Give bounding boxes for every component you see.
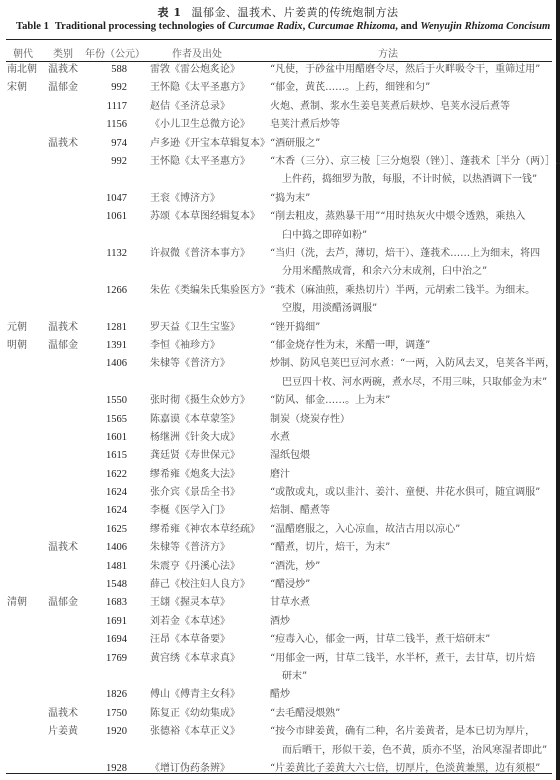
cell-source: 《增订伪药条辨》 [150,760,270,778]
table-body: 南北朝温莪术588雷敩《雷公炮炙论》“凡使，于砂盆中用醋磨令尽，然后于火畔吸令干… [0,61,556,778]
cell-source: 黄宫绣《本草求真》 [150,650,270,668]
cell-category: 温郁金 [48,79,88,97]
cell-year: 1117 [100,98,127,116]
table-row: 1625缪希雍《神农本草经疏》“温醋磨服之，入心凉血，故洁古用以凉心” [0,521,556,539]
cell-dynasty: 宋朝 [7,79,43,97]
table-row: 1615龚廷贤《寿世保元》湿纸包煨 [0,447,556,465]
method-line: “酒研服之” [270,135,553,153]
method-line: “温醋磨服之，入心凉血，故洁古用以凉心” [270,521,553,539]
method-line: 制炭（烧炭存性） [270,411,553,429]
cell-method: 湿纸包煨 [270,447,553,465]
method-line: 巴豆四十枚、河水两碗，煮水尽，不用三味，只取郁金为末” [270,374,553,392]
cell-method: “削去粗皮，蒸熟暴干用”“用时热灰火中煨令透熟，乘热入臼中捣之即碎如粉” [270,208,553,245]
cell-year: 1132 [100,245,127,263]
cell-method: “木香（三分）、京三棱［三分炮裂（锉）］、蓬莪术［半分（两）］……上件药，捣细罗… [270,153,553,190]
cell-source: 汪昂《本草备要》 [150,631,270,649]
cell-year: 1920 [100,723,127,741]
title-en-sep-2: , and [395,21,420,32]
cell-source: 傅山《傅青主女科》 [150,686,270,704]
cell-source: 刘若金《本草述》 [150,613,270,631]
title-en-italic-3: Wenyujin Rhizoma Concisum [420,21,550,32]
cell-year: 1550 [100,392,127,410]
method-line: “酒洗，炒” [270,558,553,576]
cell-year: 1548 [100,576,127,594]
cell-year: 1928 [100,760,127,778]
table-row: 1548薛己《校注妇人良方》“醋浸炒” [0,576,556,594]
cell-source: 朱佐《类编朱氏集验医方》 [150,282,270,300]
cell-method: “按今市肆姜黄，确有二种，名片姜黄者，是本已切为厚片，而后晒干，形似干姜，色不黄… [270,723,553,760]
title-en-text: Traditional processing technologies of [55,21,228,32]
title-en-italic-2: Curcumae Rhizoma [308,21,395,32]
cell-source: 李恒《袖珍方》 [150,337,270,355]
cell-method: “用郁金一两，甘草二钱半，水半杯，煮干，去甘草，切片焙研末” [270,650,553,687]
cell-method: “莪术（麻油煎，乘热切片）半两，元胡索二钱半。为细末。空腹，用淡醋汤调服” [270,282,553,319]
cell-year: 992 [100,79,127,97]
method-line: “木香（三分）、京三棱［三分炮裂（锉）］、蓬莪术［半分（两）］…… [270,153,553,171]
cell-source: 罗天益《卫生宝鉴》 [150,319,270,337]
method-line: “凡使，于砂盆中用醋磨令尽，然后于火畔吸令干，重筛过用” [270,61,553,79]
cell-source: 朱棣等《普济方》 [150,539,270,557]
cell-source: 朱棣等《普济方》 [150,355,270,373]
cell-year: 1406 [100,539,127,557]
table-row: 1061苏颂《本草图经辑复本》“削去粗皮，蒸熟暴干用”“用时热灰火中煨令透熟，乘… [0,208,556,245]
table-row: 1117赵佶《圣济总录》火炮、煮制、浆水生姜皂荚煮后麸炒、皂荚水浸后煮等 [0,98,556,116]
cell-source: 王衮《博济方》 [150,190,270,208]
method-line: 研末” [270,668,553,686]
cell-method: “郁金烧存性为末，米醋一呷，调蓬” [270,337,553,355]
page-edge-bar [556,0,560,780]
cell-year: 1156 [100,116,127,134]
cell-year: 974 [100,135,127,153]
table-row: 宋朝温郁金992王怀隐《太平圣惠方》“郁金，黄芪……。上药，细锉和匀” [0,79,556,97]
table-row: 温莪术1750陈复正《幼幼集成》“去毛醋浸煨熟” [0,705,556,723]
cell-year: 1406 [100,355,127,373]
table-title-cn-text: 温郁金、温莪术、片姜黄的传统炮制方法 [191,6,398,19]
method-line: “按今市肆姜黄，确有二种，名片姜黄者，是本已切为厚片， [270,723,553,741]
method-line: 空腹，用淡醋汤调服” [270,300,553,318]
top-rule [6,39,552,40]
cell-year: 1622 [100,466,127,484]
cell-source: 陈复正《幼幼集成》 [150,705,270,723]
cell-method: 炒制、防风皂荚巴豆河水煮：“一两，入防风去叉，皂荚各半两，巴豆四十枚、河水两碗，… [270,355,553,392]
table-row: 1156《小儿卫生总微方论》皂荚汁煮后炒等 [0,116,556,134]
cell-method: “温醋磨服之，入心凉血，故洁古用以凉心” [270,521,553,539]
cell-source: 张时彻《摄生众妙方》 [150,392,270,410]
cell-method: 水煮 [270,429,553,447]
table-row: 1481朱震亨《丹溪心法》“酒洗，炒” [0,558,556,576]
cell-source: 缪希雍《神农本草经疏》 [150,521,270,539]
cell-method: “凡使，于砂盆中用醋磨令尽，然后于火畔吸令干，重筛过用” [270,61,553,79]
table-row: 1601杨继洲《针灸大成》水煮 [0,429,556,447]
cell-source: 张德裕《本草正义》 [150,723,270,741]
method-line: 而后晒干，形似干姜，色不黄，质亦不坚，治风寒湿者即此” [270,742,553,760]
cell-year: 1601 [100,429,127,447]
cell-method: 火炮、煮制、浆水生姜皂荚煮后麸炒、皂荚水浸后煮等 [270,98,553,116]
cell-dynasty: 明朝 [7,337,43,355]
cell-year: 1047 [100,190,127,208]
cell-category: 温莪术 [48,539,88,557]
cell-source: 雷敩《雷公炮炙论》 [150,61,270,79]
cell-method: 甘草水煮 [270,594,553,612]
cell-category: 温莪术 [48,319,88,337]
table-row: 1691刘若金《本草述》酒炒 [0,613,556,631]
table-row: 元朝温莪术1281罗天益《卫生宝鉴》“锉开捣细” [0,319,556,337]
cell-source: 赵佶《圣济总录》 [150,98,270,116]
method-line: “或散或丸，或以韭汁、姜汁、童便、井花水俱可，随宜调服” [270,484,553,502]
cell-dynasty: 清朝 [7,594,43,612]
cell-year: 1481 [100,558,127,576]
table-row: 1047王衮《博济方》“捣为末” [0,190,556,208]
cell-year: 992 [100,153,127,171]
cell-year: 1391 [100,337,127,355]
cell-method: 皂荚汁煮后炒等 [270,116,553,134]
method-line: 分用米醋熬成膏，和余六分末成剂，臼中治之” [270,263,553,281]
table-row: 1928《增订伪药条辨》“片姜黄比子姜黄大六七倍，切厚片，色淡黄兼黑，边有须根” [0,760,556,778]
table-title-cn: 表 1温郁金、温莪术、片姜黄的传统炮制方法 [0,4,556,20]
table-row: 1694汪昂《本草备要》“痘毒入心，郁金一两，甘草二钱半，煮干焙研末” [0,631,556,649]
cell-year: 1750 [100,705,127,723]
cell-year: 1826 [100,686,127,704]
processing-methods-table: 朝代 类别 年份（公元） 作者及出处 方法 南北朝温莪术588雷敩《雷公炮炙论》… [0,42,556,778]
cell-method: 酒炒 [270,613,553,631]
table-row: 992王怀隐《太平圣惠方》“木香（三分）、京三棱［三分炮裂（锉）］、蓬莪术［半分… [0,153,556,190]
table-row: 1622缪希雍《炮炙大法》磨汁 [0,466,556,484]
cell-source: 薛己《校注妇人良方》 [150,576,270,594]
cell-year: 1281 [100,319,127,337]
table-row: 1624张介宾《景岳全书》“或散或丸，或以韭汁、姜汁、童便、井花水俱可，随宜调服… [0,484,556,502]
method-line: 醋炒 [270,686,553,704]
table-header: 朝代 类别 年份（公元） 作者及出处 方法 [0,42,556,61]
cell-year: 1615 [100,447,127,465]
method-line: 炒制、防风皂荚巴豆河水煮：“一两，入防风去叉，皂荚各半两， [270,355,553,373]
cell-source: 缪希雍《炮炙大法》 [150,466,270,484]
method-line: “捣为末” [270,190,553,208]
table-title-en: Table 1Traditional processing technologi… [16,21,556,32]
table-row: 温莪术974卢多逊《开宝本草辑复本》“酒研服之” [0,135,556,153]
table-row: 1550张时彻《摄生众妙方》“防风、郁金……。上为末” [0,392,556,410]
cell-source: 王怀隐《太平圣惠方》 [150,153,270,171]
method-line: 水煮 [270,429,553,447]
table-number-en: Table 1 [16,21,49,32]
method-line: “莪术（麻油煎，乘热切片）半两，元胡索二钱半。为细末。 [270,282,553,300]
method-line: 焙制、醋煮等 [270,502,553,520]
method-line: “醋煮，切片，焙干，为末” [270,539,553,557]
cell-category: 温莪术 [48,705,88,723]
method-line: “防风、郁金……。上为末” [270,392,553,410]
method-line: 皂荚汁煮后炒等 [270,116,553,134]
cell-method: 焙制、醋煮等 [270,502,553,520]
cell-category: 片姜黄 [48,723,88,741]
cell-method: “片姜黄比子姜黄大六七倍，切厚片，色淡黄兼黑，边有须根” [270,760,553,778]
cell-method: 醋炒 [270,686,553,704]
method-line: 火炮、煮制、浆水生姜皂荚煮后麸炒、皂荚水浸后煮等 [270,98,553,116]
title-en-italic-1: Curcumae Radix [228,21,302,32]
cell-source: 王翃《握灵本草》 [150,594,270,612]
method-line: “醋浸炒” [270,576,553,594]
cell-method: “郁金，黄芪……。上药，细锉和匀” [270,79,553,97]
method-line: 酒炒 [270,613,553,631]
cell-year: 588 [100,61,127,79]
cell-year: 1625 [100,521,127,539]
cell-year: 1769 [100,650,127,668]
cell-source: 卢多逊《开宝本草辑复本》 [150,135,270,153]
cell-category: 温郁金 [48,594,88,612]
table-row: 1624李梴《医学入门》焙制、醋煮等 [0,502,556,520]
method-line: 甘草水煮 [270,594,553,612]
cell-category: 温莪术 [48,61,88,79]
cell-method: “醋浸炒” [270,576,553,594]
table-row: 清朝温郁金1683王翃《握灵本草》甘草水煮 [0,594,556,612]
cell-source: 苏颂《本草图经辑复本》 [150,208,270,226]
method-line: 湿纸包煨 [270,447,553,465]
table-row: 1769黄宫绣《本草求真》“用郁金一两，甘草二钱半，水半杯，煮干，去甘草，切片焙… [0,650,556,687]
method-line: “用郁金一两，甘草二钱半，水半杯，煮干，去甘草，切片焙 [270,650,553,668]
method-line: 臼中捣之即碎如粉” [270,227,553,245]
cell-year: 1624 [100,484,127,502]
cell-source: 许叔微《普济本事方》 [150,245,270,263]
method-line: “锉开捣细” [270,319,553,337]
cell-source: 李梴《医学入门》 [150,502,270,520]
table-row: 1826傅山《傅青主女科》醋炒 [0,686,556,704]
cell-method: “去毛醋浸煨熟” [270,705,553,723]
cell-year: 1683 [100,594,127,612]
method-line: “片姜黄比子姜黄大六七倍，切厚片，色淡黄兼黑，边有须根” [270,760,553,778]
cell-method: 制炭（烧炭存性） [270,411,553,429]
cell-year: 1624 [100,502,127,520]
cell-dynasty: 南北朝 [7,61,43,79]
table-row: 片姜黄1920张德裕《本草正义》“按今市肆姜黄，确有二种，名片姜黄者，是本已切为… [0,723,556,760]
method-line: “郁金，黄芪……。上药，细锉和匀” [270,79,553,97]
cell-year: 1694 [100,631,127,649]
method-line: 磨汁 [270,466,553,484]
cell-method: 磨汁 [270,466,553,484]
cell-year: 1565 [100,411,127,429]
cell-source: 王怀隐《太平圣惠方》 [150,79,270,97]
cell-year: 1061 [100,208,127,226]
method-line: “去毛醋浸煨熟” [270,705,553,723]
cell-category: 温莪术 [48,135,88,153]
header-year: 年份（公元） [85,45,145,60]
header-source: 作者及出处 [172,45,222,60]
method-line: “痘毒入心，郁金一两，甘草二钱半，煮干焙研末” [270,631,553,649]
method-line: “削去粗皮，蒸熟暴干用”“用时热灰火中煨令透熟，乘热入 [270,208,553,226]
table-row: 1406朱棣等《普济方》炒制、防风皂荚巴豆河水煮：“一两，入防风去叉，皂荚各半两… [0,355,556,392]
cell-source: 陈嘉谟《本草蒙筌》 [150,411,270,429]
cell-method: “或散或丸，或以韭汁、姜汁、童便、井花水俱可，随宜调服” [270,484,553,502]
cell-method: “捣为末” [270,190,553,208]
cell-year: 1691 [100,613,127,631]
cell-year: 1266 [100,282,127,300]
table-row: 南北朝温莪术588雷敩《雷公炮炙论》“凡使，于砂盆中用醋磨令尽，然后于火畔吸令干… [0,61,556,79]
cell-source: 《小儿卫生总微方论》 [150,116,270,134]
cell-source: 张介宾《景岳全书》 [150,484,270,502]
table-row: 1132许叔微《普济本事方》“当归（洗，去芦，薄切，焙干）、蓬莪术……上为细末，… [0,245,556,282]
cell-method: “痘毒入心，郁金一两，甘草二钱半，煮干焙研末” [270,631,553,649]
table-row: 明朝温郁金1391李恒《袖珍方》“郁金烧存性为末，米醋一呷，调蓬” [0,337,556,355]
cell-method: “酒研服之” [270,135,553,153]
table-row: 1266朱佐《类编朱氏集验医方》“莪术（麻油煎，乘热切片）半两，元胡索二钱半。为… [0,282,556,319]
header-category: 类别 [53,45,73,60]
cell-method: “酒洗，炒” [270,558,553,576]
table-row: 温莪术1406朱棣等《普济方》“醋煮，切片，焙干，为末” [0,539,556,557]
cell-source: 朱震亨《丹溪心法》 [150,558,270,576]
cell-method: “当归（洗，去芦，薄切，焙干）、蓬莪术……上为细末，将四分用米醋熬成膏，和余六分… [270,245,553,282]
header-dynasty: 朝代 [13,45,33,60]
cell-method: “锉开捣细” [270,319,553,337]
cell-category: 温郁金 [48,337,88,355]
cell-source: 杨继洲《针灸大成》 [150,429,270,447]
method-line: 上件药，捣细罗为散，每服，不计时候，以热酒调下一钱” [270,171,553,189]
cell-method: “醋煮，切片，焙干，为末” [270,539,553,557]
table-number-cn: 表 1 [158,6,182,19]
table-row: 1565陈嘉谟《本草蒙筌》制炭（烧炭存性） [0,411,556,429]
cell-source: 龚廷贤《寿世保元》 [150,447,270,465]
method-line: “郁金烧存性为末，米醋一呷，调蓬” [270,337,553,355]
header-method: 方法 [378,45,398,60]
cell-method: “防风、郁金……。上为末” [270,392,553,410]
cell-dynasty: 元朝 [7,319,43,337]
method-line: “当归（洗，去芦，薄切，焙干）、蓬莪术……上为细末，将四 [270,245,553,263]
